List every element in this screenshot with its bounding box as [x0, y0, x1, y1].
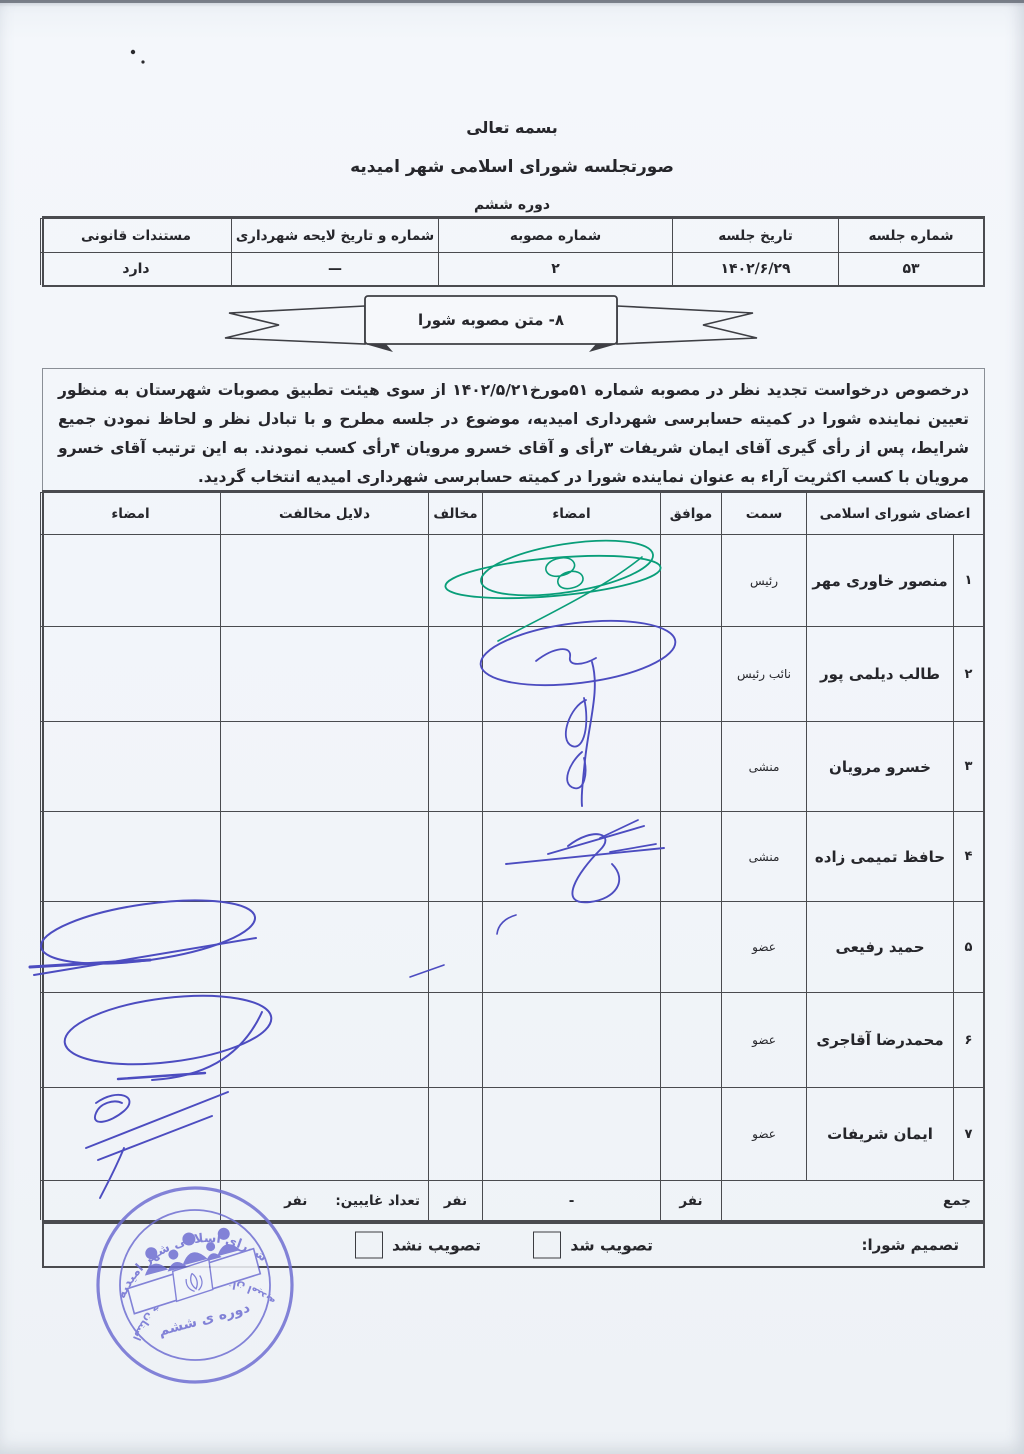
- summary-agree-count: نفر: [660, 1180, 721, 1220]
- summary-total-label: جمع: [721, 1180, 983, 1220]
- member-role: عضو: [721, 1087, 806, 1180]
- term-label: دوره ششم: [0, 197, 1024, 213]
- opposition-reasons-cell: [220, 901, 428, 992]
- opposition-reasons-cell: [220, 992, 428, 1087]
- col-header-role: سمت: [721, 492, 806, 534]
- col-header-agree: موافق: [660, 492, 721, 534]
- row-number: ۴: [953, 811, 983, 901]
- info-value-bill-number-date: —: [231, 252, 438, 285]
- absentees-value: نفر: [284, 1193, 307, 1209]
- agree-cell: [660, 626, 721, 721]
- row-number: ۲: [953, 626, 983, 721]
- signature-cell: [482, 626, 660, 721]
- info-header-bill-number-date: شماره و تاریخ لایحه شهرداری: [231, 218, 438, 252]
- ink-speck: [131, 50, 135, 54]
- decision-label: تصمیم شورا:: [861, 1236, 959, 1254]
- info-value-resolution-number: ۲: [438, 252, 672, 285]
- info-value-session-date: ۱۴۰۲/۶/۲۹: [672, 252, 838, 285]
- ink-speck: [141, 60, 144, 63]
- member-role: عضو: [721, 992, 806, 1087]
- info-header-session-date: تاریخ جلسه: [672, 218, 838, 252]
- row-number: ۱: [953, 534, 983, 626]
- oppose-cell: [428, 811, 482, 901]
- info-value-session-number: ۵۳: [838, 252, 983, 285]
- signature2-cell: [40, 901, 220, 992]
- banner-label: ۸- متن مصوبه شورا: [365, 296, 617, 344]
- svg-text:استان خوزستان شهرستان امیدیه: استان خوزستان شهرستان امیدیه: [120, 1261, 280, 1345]
- approved-checkbox: [533, 1232, 561, 1259]
- member-role: عضو: [721, 901, 806, 992]
- scanned-council-minutes-page: بسمه تعالی صورتجلسه شورای اسلامی شهر امی…: [0, 0, 1024, 1454]
- signature2-cell: [40, 721, 220, 811]
- info-value-legal-docs: دارد: [40, 252, 231, 285]
- signature2-cell: [40, 992, 220, 1087]
- opposition-reasons-cell: [220, 626, 428, 721]
- col-header-signature2: امضاء: [40, 492, 220, 534]
- col-header-oppose: مخالف: [428, 492, 482, 534]
- col-header-members: اعضای شورای اسلامی: [806, 492, 983, 534]
- member-name: خسرو مرویان: [806, 721, 953, 811]
- decision-box: تصمیم شورا: تصویب شد تصویب نشد: [42, 1222, 985, 1268]
- member-name: ایمان شریفات: [806, 1087, 953, 1180]
- rejected-label: تصویب نشد: [392, 1236, 481, 1254]
- rejected-option: تصویب نشد: [355, 1232, 481, 1259]
- rejected-checkbox: [355, 1232, 383, 1259]
- scan-edge: [0, 0, 1024, 3]
- summary-signature-dash: -: [482, 1180, 660, 1220]
- summary-absentees-cell: تعداد غایبین: نفر: [220, 1180, 428, 1220]
- oppose-cell: [428, 1087, 482, 1180]
- member-name: طالب دیلمی پور: [806, 626, 953, 721]
- oppose-cell: [428, 626, 482, 721]
- info-header-legal-docs: مستندات قانونی: [40, 218, 231, 252]
- agree-cell: [660, 721, 721, 811]
- signature2-cell: [40, 534, 220, 626]
- signature-cell: [482, 1087, 660, 1180]
- col-header-signature: امضاء: [482, 492, 660, 534]
- signature-cell: [482, 992, 660, 1087]
- member-role: رئیس: [721, 534, 806, 626]
- section-banner: ۸- متن مصوبه شورا: [215, 292, 767, 356]
- stamp-center-text: دوره ی ششم: [157, 1300, 252, 1340]
- row-number: ۷: [953, 1087, 983, 1180]
- member-role: منشی: [721, 721, 806, 811]
- document-title: صورتجلسه شورای اسلامی شهر امیدیه: [0, 157, 1024, 177]
- signature-cell: [482, 721, 660, 811]
- bismillah-text: بسمه تعالی: [0, 118, 1024, 137]
- info-header-resolution-number: شماره مصوبه: [438, 218, 672, 252]
- members-vote-table: اعضای شورای اسلامی سمت موافق امضاء مخالف…: [42, 490, 985, 1222]
- info-header-session-number: شماره جلسه: [838, 218, 983, 252]
- agree-cell: [660, 901, 721, 992]
- member-name: حمید رفیعی: [806, 901, 953, 992]
- opposition-reasons-cell: [220, 811, 428, 901]
- member-name: محمدرضا آقاجری: [806, 992, 953, 1087]
- signature2-cell: [40, 626, 220, 721]
- row-number: ۳: [953, 721, 983, 811]
- summary-empty-cell: [40, 1180, 220, 1220]
- stamp-bottom-text: استان خوزستان شهرستان امیدیه: [120, 1261, 280, 1345]
- oppose-cell: [428, 992, 482, 1087]
- signature-cell: [482, 811, 660, 901]
- summary-oppose-count: نفر: [428, 1180, 482, 1220]
- col-header-opposition-reasons: دلایل مخالفت: [220, 492, 428, 534]
- signature-cell: [482, 901, 660, 992]
- signature-cell: [482, 534, 660, 626]
- row-number: ۵: [953, 901, 983, 992]
- oppose-cell: [428, 901, 482, 992]
- row-number: ۶: [953, 992, 983, 1087]
- session-info-table: شماره جلسه تاریخ جلسه شماره مصوبه شماره …: [42, 216, 985, 287]
- agree-cell: [660, 1087, 721, 1180]
- approved-option: تصویب شد: [533, 1232, 653, 1259]
- signature2-cell: [40, 811, 220, 901]
- absentees-label: تعداد غایبین:: [335, 1193, 420, 1209]
- agree-cell: [660, 811, 721, 901]
- opposition-reasons-cell: [220, 721, 428, 811]
- signature2-cell: [40, 1087, 220, 1180]
- member-role: منشی: [721, 811, 806, 901]
- oppose-cell: [428, 534, 482, 626]
- opposition-reasons-cell: [220, 1087, 428, 1180]
- iran-emblem-icon: [184, 1271, 204, 1292]
- member-name: حافظ تمیمی زاده: [806, 811, 953, 901]
- agree-cell: [660, 534, 721, 626]
- member-role: نائب رئیس: [721, 626, 806, 721]
- member-name: منصور خاوری مهر: [806, 534, 953, 626]
- opposition-reasons-cell: [220, 534, 428, 626]
- oppose-cell: [428, 721, 482, 811]
- resolution-paragraph: درخصوص درخواست تجدید نظر در مصوبه شماره …: [42, 368, 985, 490]
- approved-label: تصویب شد: [570, 1236, 653, 1254]
- agree-cell: [660, 992, 721, 1087]
